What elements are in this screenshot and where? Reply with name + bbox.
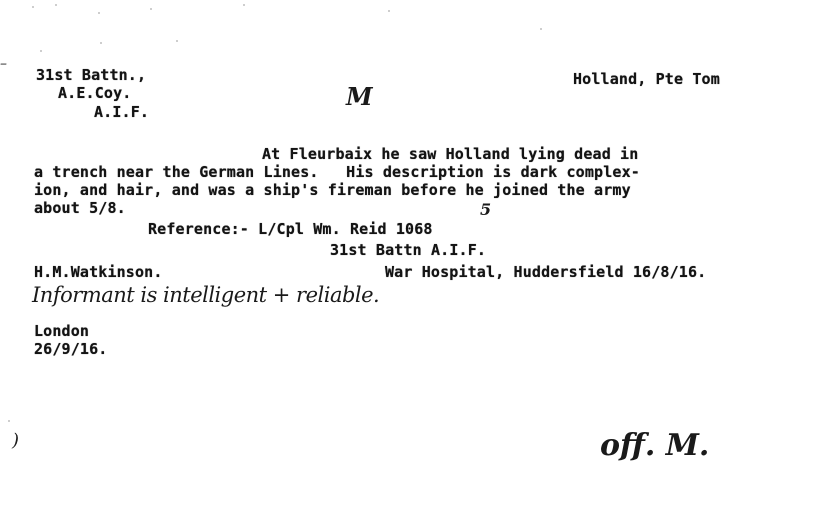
handwritten-initials: off. M. bbox=[600, 428, 709, 463]
battalion-label: 31st Battn., bbox=[36, 66, 146, 84]
handwritten-mark: M bbox=[346, 82, 373, 111]
body-line-2: a trench near the German Lines. His desc… bbox=[34, 163, 640, 181]
speck bbox=[388, 10, 390, 12]
signatory: H.M.Watkinson. bbox=[34, 263, 163, 281]
force-label: A.I.F. bbox=[94, 103, 149, 121]
speck bbox=[243, 4, 245, 6]
soldier-name: Holland, Pte Tom bbox=[573, 70, 720, 88]
speck bbox=[8, 420, 10, 422]
reference-unit: 31st Battn A.I.F. bbox=[330, 241, 486, 259]
footer-date: 26/9/16. bbox=[34, 340, 107, 358]
speck bbox=[32, 6, 34, 8]
handwritten-correction: 5 bbox=[480, 200, 491, 219]
handwritten-note: Informant is intelligent + reliable. bbox=[32, 283, 379, 307]
speck bbox=[150, 8, 152, 10]
reference-line: Reference:- L/Cpl Wm. Reid 1068 bbox=[148, 220, 433, 238]
company-label: A.E.Coy. bbox=[58, 84, 131, 102]
margin-mark: ) bbox=[12, 430, 19, 451]
speck bbox=[55, 4, 57, 6]
speck bbox=[40, 50, 42, 52]
margin-dash: – bbox=[0, 56, 7, 72]
footer-city: London bbox=[34, 322, 89, 340]
speck bbox=[98, 12, 100, 14]
speck bbox=[540, 28, 542, 30]
speck bbox=[176, 40, 178, 42]
document-page: 31st Battn., A.E.Coy. A.I.F. Holland, Pt… bbox=[0, 0, 827, 527]
body-line-1: At Fleurbaix he saw Holland lying dead i… bbox=[262, 145, 638, 163]
speck bbox=[100, 42, 102, 44]
body-line-3: ion, and hair, and was a ship's fireman … bbox=[34, 181, 631, 199]
body-line-4: about 5/8. bbox=[34, 199, 126, 217]
location-date: War Hospital, Huddersfield 16/8/16. bbox=[385, 263, 706, 281]
